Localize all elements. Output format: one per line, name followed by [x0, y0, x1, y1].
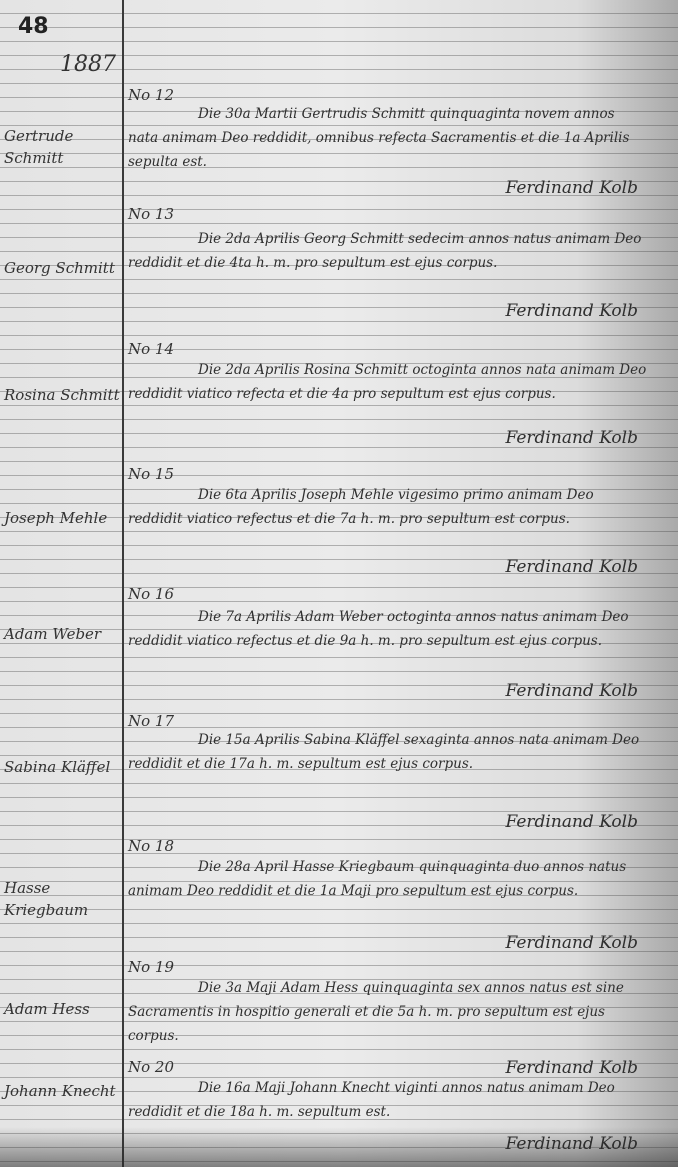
margin-rule [122, 0, 124, 1167]
signature: Ferdinand Kolb [506, 1134, 639, 1154]
margin-name: Adam Hess [4, 998, 120, 1020]
entry-number: No 20 [128, 1058, 174, 1076]
signature: Ferdinand Kolb [506, 812, 639, 832]
signature: Ferdinand Kolb [506, 557, 639, 577]
entry-number: No 16 [128, 585, 174, 603]
register-page: 48 1887 No 12 Gertrude Schmitt Die 30a M… [0, 0, 678, 1167]
signature: Ferdinand Kolb [506, 301, 639, 321]
entry-text: Die 7a Aprilis Adam Weber octoginta anno… [128, 605, 648, 653]
entry-text: Die 16a Maji Johann Knecht viginti annos… [128, 1076, 648, 1124]
margin-name: Sabina Kläffel [4, 756, 120, 778]
entry-text: Die 6ta Aprilis Joseph Mehle vigesimo pr… [128, 483, 648, 531]
entry-number: No 14 [128, 340, 174, 358]
entry-text: Die 2da Aprilis Georg Schmitt sedecim an… [128, 227, 648, 275]
margin-name: Hasse Kriegbaum [4, 877, 120, 921]
margin-name: Rosina Schmitt [4, 384, 120, 406]
signature: Ferdinand Kolb [506, 428, 639, 448]
page-number: 48 [18, 14, 49, 39]
signature: Ferdinand Kolb [506, 933, 639, 953]
margin-name: Johann Knecht [4, 1080, 120, 1102]
entry-number: No 13 [128, 205, 174, 223]
margin-name: Georg Schmitt [4, 257, 120, 279]
entry-number: No 15 [128, 465, 174, 483]
margin-name: Adam Weber [4, 623, 120, 645]
signature: Ferdinand Kolb [506, 1058, 639, 1078]
signature: Ferdinand Kolb [506, 178, 639, 198]
entry-number: No 19 [128, 958, 174, 976]
entry-text: Die 30a Martii Gertrudis Schmitt quinqua… [128, 102, 648, 174]
margin-name: Gertrude Schmitt [4, 125, 120, 169]
register-year: 1887 [60, 52, 116, 77]
entry-text: Die 28a April Hasse Kriegbaum quinquagin… [128, 855, 648, 903]
signature: Ferdinand Kolb [506, 681, 639, 701]
margin-name: Joseph Mehle [4, 507, 120, 529]
entry-text: Die 2da Aprilis Rosina Schmitt octoginta… [128, 358, 648, 406]
entry-text: Die 3a Maji Adam Hess quinquaginta sex a… [128, 976, 648, 1048]
entry-text: Die 15a Aprilis Sabina Kläffel sexaginta… [128, 728, 648, 776]
entry-number: No 18 [128, 837, 174, 855]
